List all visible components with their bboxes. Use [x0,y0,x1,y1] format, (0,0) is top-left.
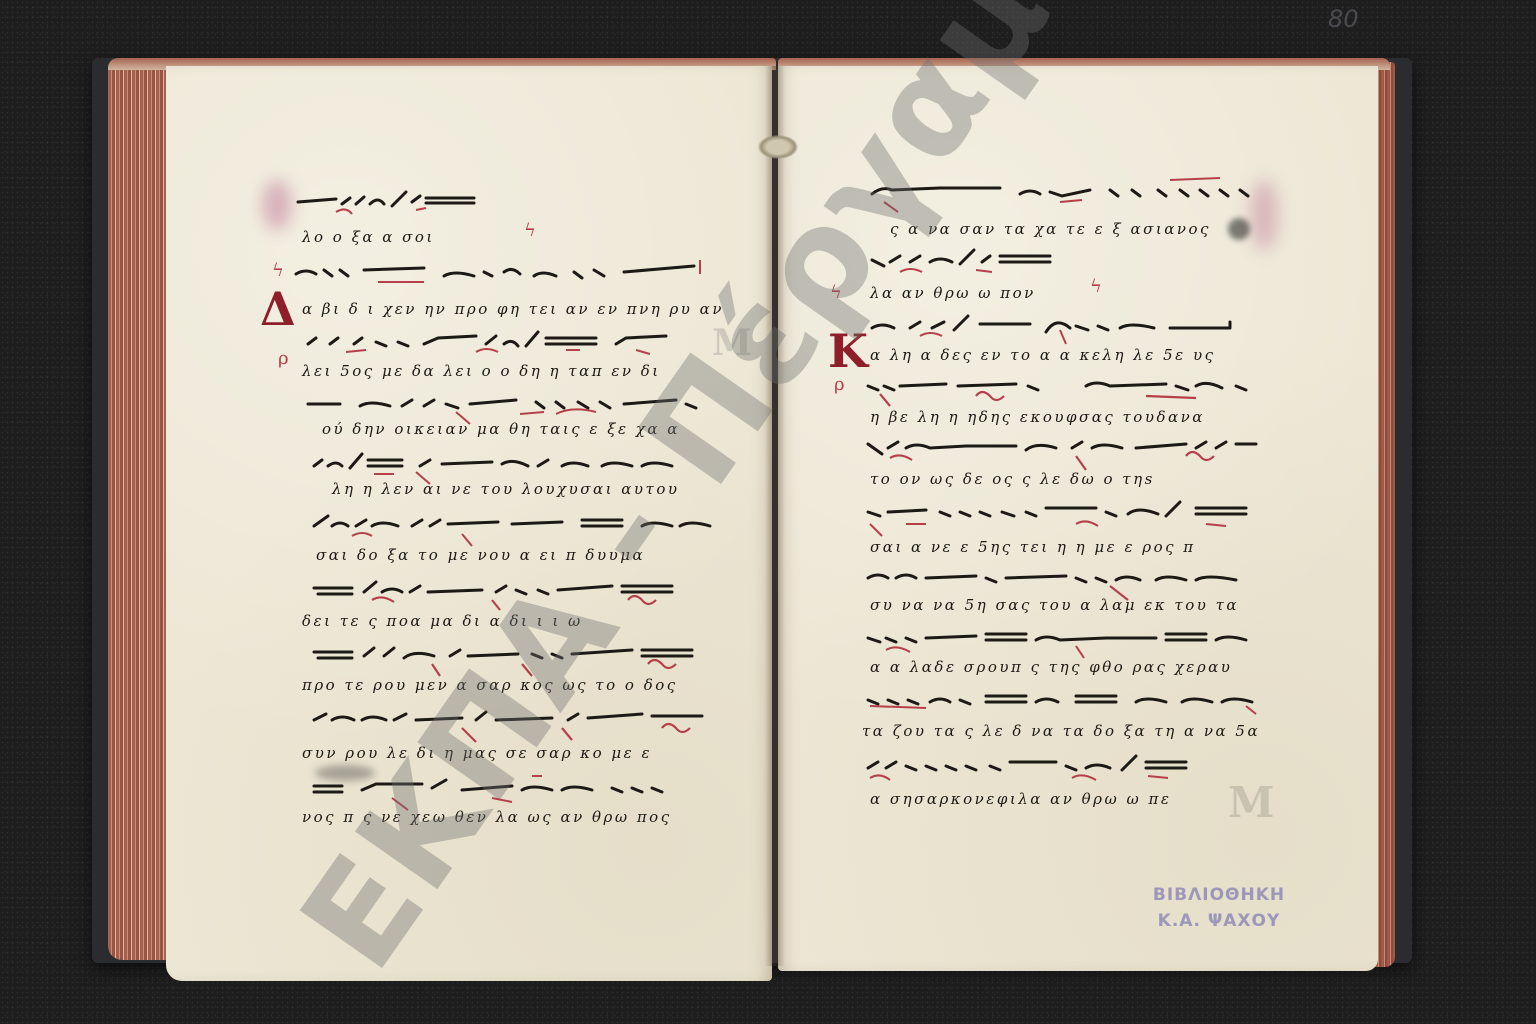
lyric-line: α σησαρκονεφιλα αν θρω ω πε [870,790,1171,808]
neume-row [870,314,1260,336]
neume-row [306,330,716,352]
neume-row [866,626,1266,648]
martyria-sign: ϟ [524,220,536,241]
martyria-sign: ρ [278,348,289,369]
stamp-line-1: ΒΙΒΛΙΟΘΗΚΗ [1134,882,1304,908]
lyric-line: λο ο ξα α σοι [302,228,435,246]
neume-row [866,566,1266,588]
lyric-line: α βι δ ι χεν ην προ φη τει αν εν πνη ρυ … [302,300,724,318]
bleed-through-initial: Μ [1228,780,1275,826]
lyric-line: α λη α δες εν το α α κελη λε 5ε υς [870,346,1216,364]
library-stamp: ΒΙΒΛΙΟΘΗΚΗ Κ.Α. ΨΑΧΟΥ [1134,882,1304,934]
red-initial-letter: Δ [260,286,296,332]
lyric-line: α α λαδε σρουπ ς της φθο ρας χεραυ [870,658,1232,676]
neume-row [866,688,1266,710]
neume-row [866,754,1226,776]
lyric-line: σαι α νε ε 5ης τει η η με ε ρος π [870,538,1196,556]
lyric-line: η βε λη η ηδης εκουφσας τουδανα [870,408,1205,426]
lyric-line: το ον ως δε ος ς λε δω ο τηs [870,470,1155,488]
left-page-stack-edge [108,60,170,960]
neume-row [296,190,476,212]
lyric-line: τα ζου τα ς λε δ να τα δο ξα τη α να 5α [862,722,1260,740]
neume-row [866,500,1266,522]
page-number: 80 [1328,5,1359,33]
neume-row [866,434,1266,456]
martyria-sign: ϟ [1090,276,1102,297]
neume-row [294,260,714,282]
right-page-stack-edge [1375,62,1395,967]
lyric-line: συ να να 5η σας του α λαμ εκ του τα [870,596,1239,614]
lyric-line: λει 5ος με δα λει ο ο δη η ταπ εν δι [302,362,661,380]
neume-row [866,374,1266,396]
binding-thread [758,135,798,159]
stamp-line-2: Κ.Α. ΨΑΧΟΥ [1134,908,1304,934]
martyria-sign: ϟ [272,260,284,281]
